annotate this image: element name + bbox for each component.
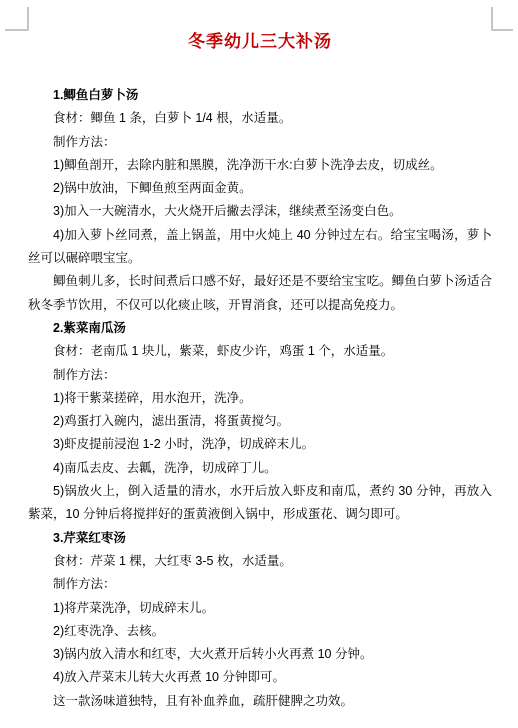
paragraph: 1)将芹菜洗净，切成碎末儿。 <box>28 597 492 620</box>
paragraph: 这一款汤味道独特，且有补血养血，疏肝健脾之功效。 <box>28 690 492 713</box>
paragraph: 2)红枣洗净、去核。 <box>28 620 492 643</box>
paragraph: 4)南瓜去皮、去瓤，洗净，切成碎丁儿。 <box>28 457 492 480</box>
paragraph: 鲫鱼刺儿多，长时间煮后口感不好，最好还是不要给宝宝吃。鲫鱼白萝卜汤适合秋冬季节饮… <box>28 270 492 317</box>
paragraph: 1)将干紫菜搓碎，用水泡开，洗净。 <box>28 387 492 410</box>
paragraph: 食材：鲫鱼 1 条，白萝卜 1/4 根，水适量。 <box>28 107 492 130</box>
document-title: 冬季幼儿三大补汤 <box>28 30 492 54</box>
document-body: 1.鲫鱼白萝卜汤食材：鲫鱼 1 条，白萝卜 1/4 根，水适量。制作方法：1)鲫… <box>28 84 492 713</box>
paragraph: 4)加入萝卜丝同煮，盖上锅盖，用中火炖上 40 分钟过左右。给宝宝喝汤，萝卜丝可… <box>28 224 492 271</box>
margin-mark-top-right-vertical <box>491 7 493 31</box>
paragraph: 1)鲫鱼剖开，去除内脏和黑膜，洗净沥干水:白萝卜洗净去皮，切成丝。 <box>28 154 492 177</box>
paragraph: 制作方法： <box>28 573 492 596</box>
paragraph: 2)鸡蛋打入碗内，滤出蛋清，将蛋黄搅匀。 <box>28 410 492 433</box>
margin-mark-top-left-vertical <box>27 7 29 31</box>
paragraph: 3)虾皮提前浸泡 1-2 小时，洗净，切成碎末儿。 <box>28 433 492 456</box>
paragraph: 2)锅中放油，下鲫鱼煎至两面金黄。 <box>28 177 492 200</box>
paragraph: 4)放入芹菜末儿转大火再煮 10 分钟即可。 <box>28 666 492 689</box>
section-heading: 2.紫菜南瓜汤 <box>28 317 492 340</box>
paragraph: 3)锅内放入清水和红枣，大火煮开后转小火再煮 10 分钟。 <box>28 643 492 666</box>
paragraph: 3)加入一大碗清水，大火烧开后撇去浮沫，继续煮至汤变白色。 <box>28 200 492 223</box>
paragraph: 食材：老南瓜 1 块儿，紫菜，虾皮少许，鸡蛋 1 个，水适量。 <box>28 340 492 363</box>
document-page: 冬季幼儿三大补汤 1.鲫鱼白萝卜汤食材：鲫鱼 1 条，白萝卜 1/4 根，水适量… <box>0 0 518 728</box>
paragraph: 制作方法： <box>28 131 492 154</box>
section-heading: 3.芹菜红枣汤 <box>28 527 492 550</box>
margin-mark-top-left-horizontal <box>5 29 29 31</box>
paragraph: 制作方法： <box>28 364 492 387</box>
margin-mark-top-right-horizontal <box>491 29 513 31</box>
paragraph: 5)锅放火上，倒入适量的清水，水开后放入虾皮和南瓜，煮约 30 分钟，再放入紫菜… <box>28 480 492 527</box>
paragraph: 食材：芹菜 1 棵，大红枣 3-5 枚，水适量。 <box>28 550 492 573</box>
section-heading: 1.鲫鱼白萝卜汤 <box>28 84 492 107</box>
